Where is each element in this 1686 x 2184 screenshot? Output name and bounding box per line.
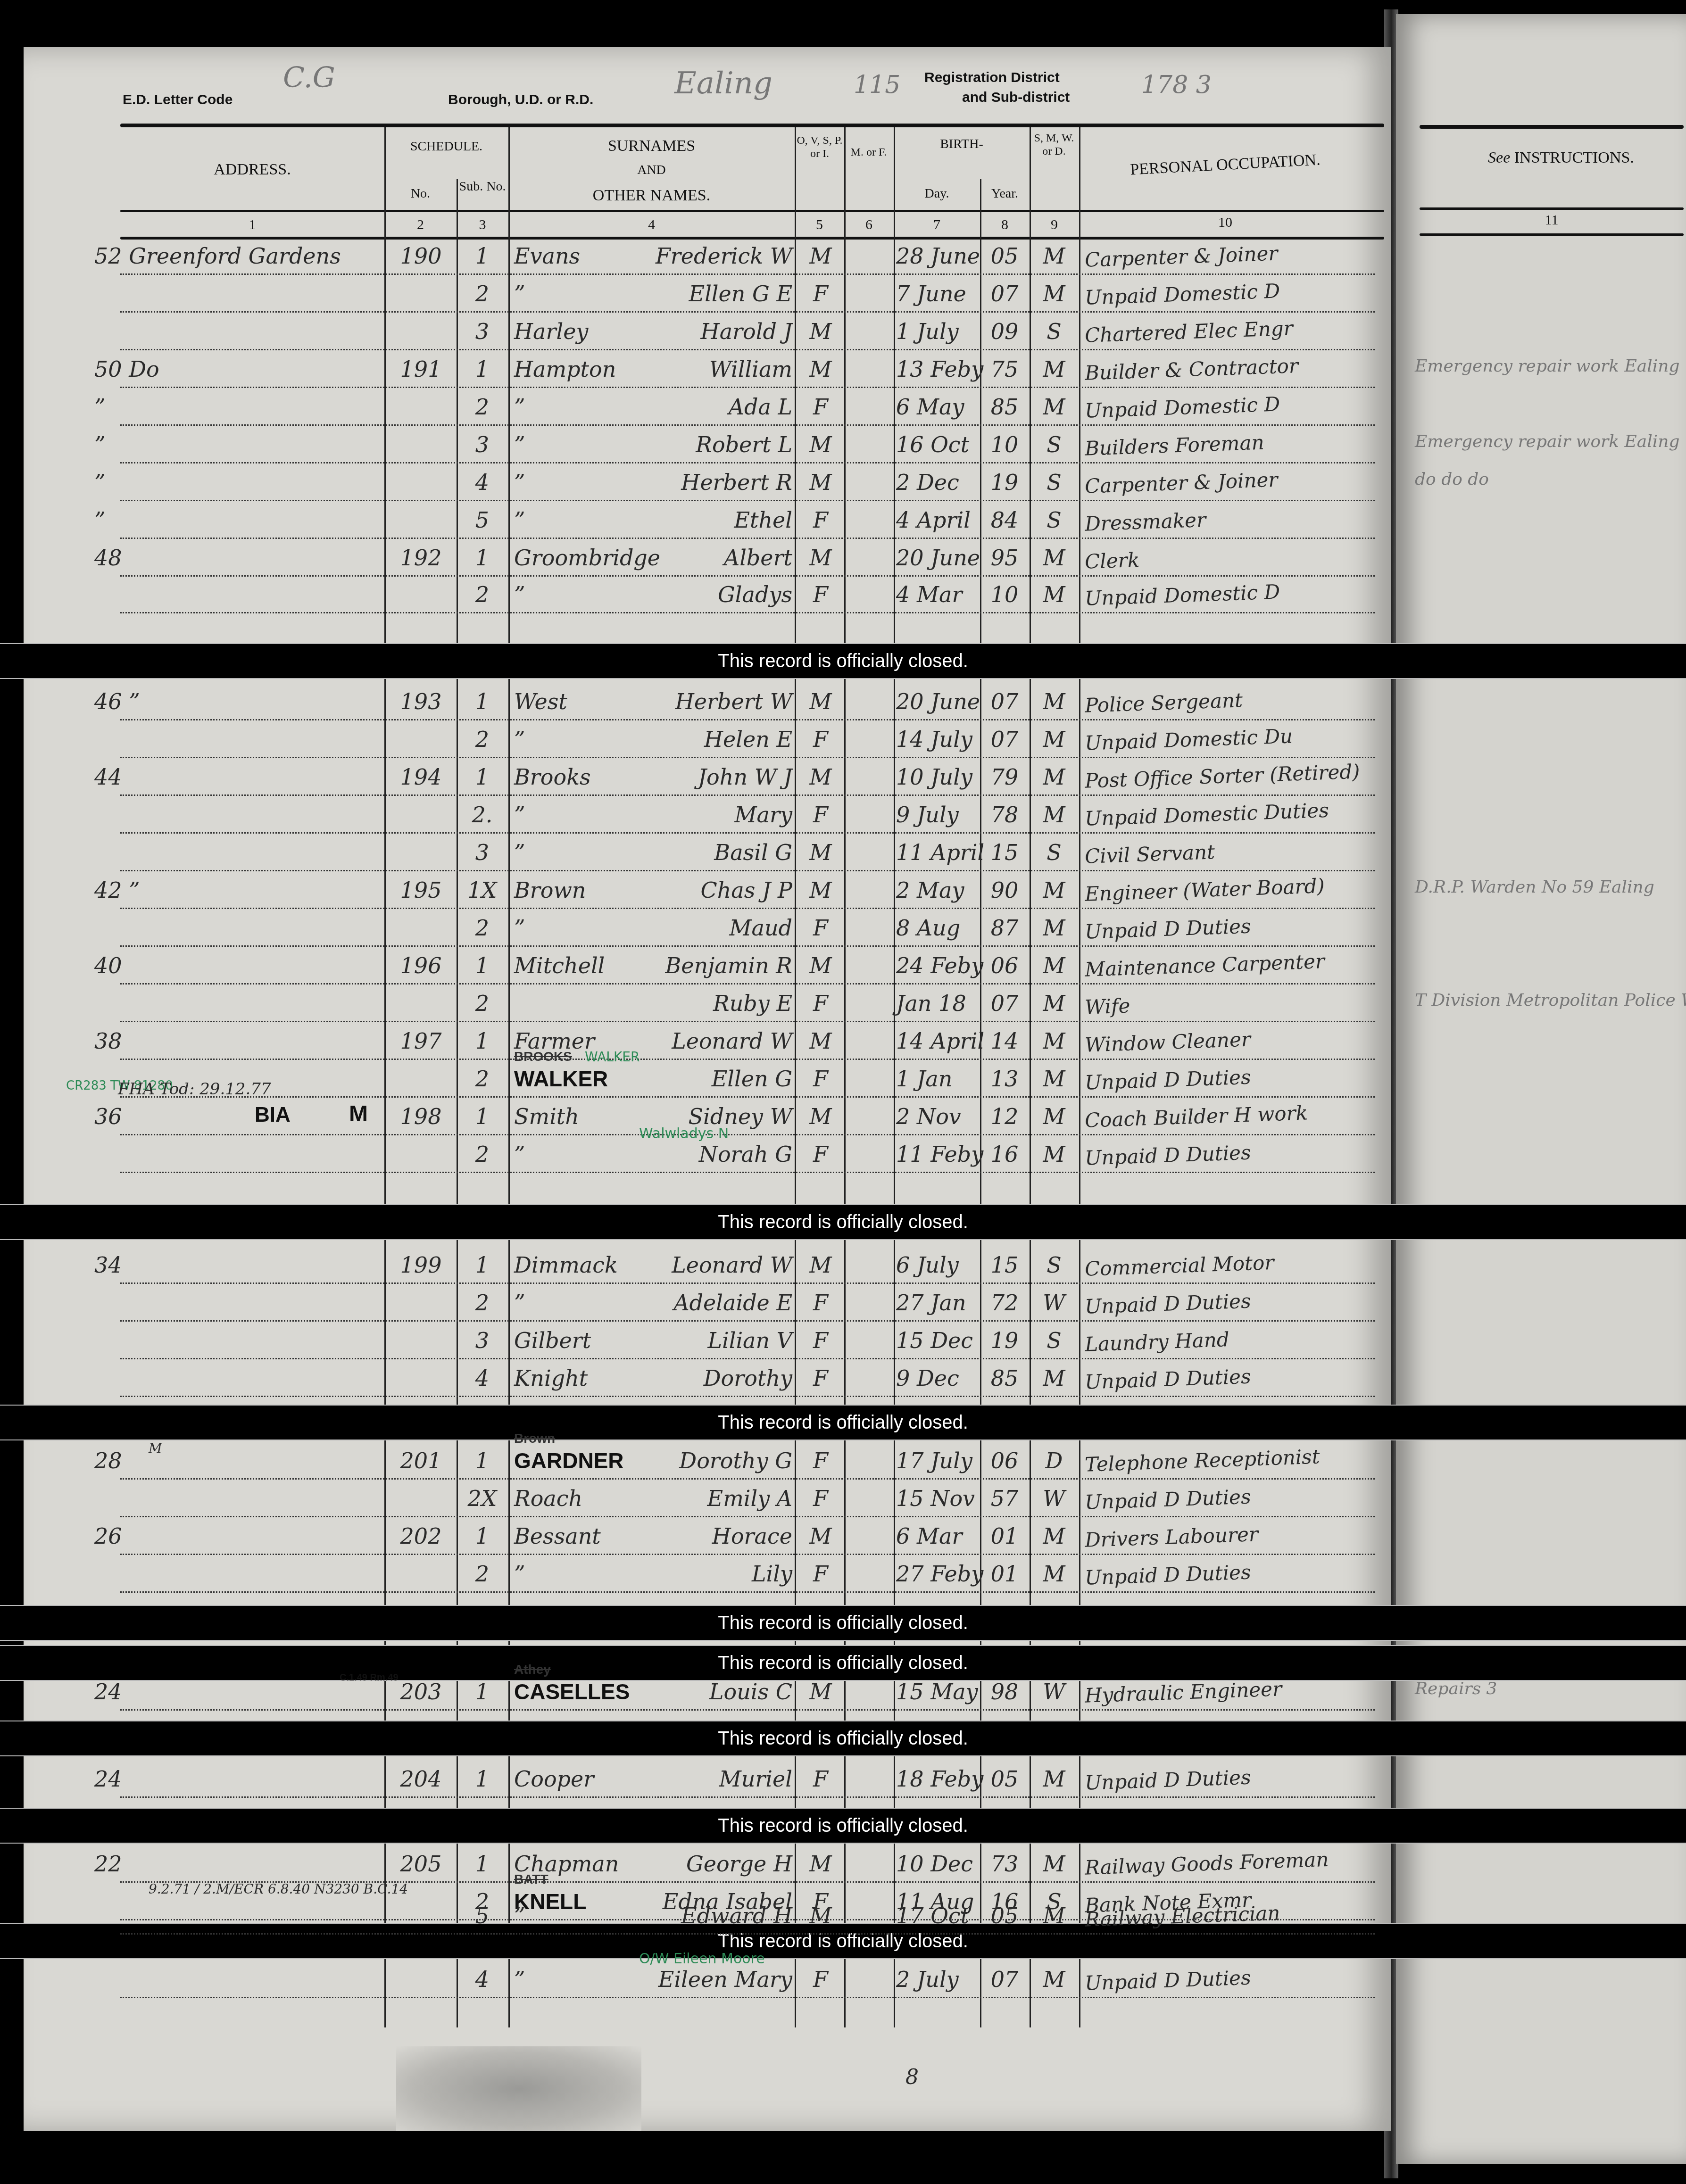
cell-sub: 2	[457, 582, 507, 607]
cell-sex: F	[797, 1561, 844, 1587]
cell-year: 19	[981, 1328, 1028, 1353]
cell-names: Chas J P	[651, 877, 792, 903]
cell-sub: 2	[457, 1066, 507, 1092]
cell-address: ”	[94, 394, 377, 420]
closed-record-banner: This record is officially closed.	[0, 1645, 1686, 1681]
cell-occupation: Window Cleaner	[1084, 1023, 1377, 1057]
right-header-bottom-rule	[1420, 233, 1684, 236]
cell-sex: M	[797, 1903, 844, 1928]
cell-day: 18 Feby	[896, 1766, 981, 1792]
cell-occupation: Unpaid D Duties	[1084, 1481, 1377, 1514]
cell-day: 2 July	[896, 1967, 981, 1992]
cell-day: 6 July	[896, 1252, 981, 1278]
cell-occupation: Civil Servant	[1084, 835, 1377, 868]
cell-names: Gladys	[651, 582, 792, 607]
cell-sex: F	[797, 1290, 844, 1315]
cell-names: Ellen G	[651, 1066, 792, 1092]
address-note: 9.2.71 / 2.M/ECR 6.8.40 N3230 B.C.14	[149, 1881, 408, 1897]
cell-day: 28 June	[896, 243, 981, 269]
cell-sub: 1	[457, 1766, 507, 1792]
closed-record-text: This record is officially closed.	[718, 1653, 968, 1674]
cell-year: 05	[981, 1903, 1028, 1928]
cell-address: 40	[94, 953, 377, 978]
cell-surname: ”	[514, 470, 665, 495]
cell-year: 07	[981, 281, 1028, 306]
cell-sub: 1	[457, 1523, 507, 1549]
cell-sex: M	[797, 243, 844, 269]
cell-address: 44	[94, 764, 377, 790]
right-header-top-rule	[1420, 125, 1684, 129]
col-number-2: 2	[384, 217, 457, 233]
cell-day: 10 July	[896, 764, 981, 790]
cell-marital: M	[1030, 1365, 1078, 1391]
cell-surname: CASELLES	[514, 1679, 665, 1704]
cell-sex: M	[797, 470, 844, 495]
cell-marital: M	[1030, 1766, 1078, 1792]
closed-record-banner: This record is officially closed.	[0, 1721, 1686, 1756]
cell-surname: ”	[514, 432, 665, 457]
register-row: 46 ”1931WestHerbert WM20 June07MPolice S…	[120, 686, 1375, 720]
col-heading-address: ADDRESS.	[120, 160, 384, 179]
cell-address: ”	[94, 507, 377, 533]
cell-day: 17 July	[896, 1448, 981, 1473]
register-row: 3HarleyHarold JM1 July09SChartered Elec …	[120, 316, 1375, 350]
cell-sub: 2	[457, 1290, 507, 1315]
cell-names: Leonard W	[651, 1252, 792, 1278]
cell-address: 36	[94, 1104, 377, 1129]
cell-sex: F	[797, 1766, 844, 1792]
cell-occupation: Railway Electrician	[1084, 1898, 1377, 1931]
cell-day: 2 Dec	[896, 470, 981, 495]
col-heading-birth-day: Day.	[894, 186, 980, 201]
cell-names: Dorothy G	[651, 1448, 792, 1473]
cell-names: Edward H	[651, 1903, 792, 1928]
cell-surname: Brown	[514, 877, 665, 903]
cell-occupation: Builder & Contractor	[1084, 351, 1377, 385]
cell-surname: ”	[514, 1903, 665, 1928]
col-number-6: 6	[844, 217, 894, 233]
struck-surname: BROOKS	[514, 1049, 572, 1064]
register-row: 52 Greenford Gardens1901EvansFrederick W…	[120, 240, 1375, 275]
cell-day: 4 April	[896, 507, 981, 533]
header-bottom-rule	[120, 237, 1384, 240]
cell-day: 17 Oct	[896, 1903, 981, 1928]
cell-col11: Emergency repair work Ealing	[1415, 432, 1679, 451]
cell-day: 4 Mar	[896, 582, 981, 607]
col-number-4: 4	[508, 217, 795, 233]
margin-note-cr: CR283 TW 81280	[66, 1080, 108, 1092]
cell-names: Louis C	[651, 1679, 792, 1704]
cell-sub: 3	[457, 432, 507, 457]
cell-marital: S	[1030, 319, 1078, 344]
cell-sub: 2	[457, 915, 507, 941]
cell-sched: 202	[387, 1523, 455, 1549]
cell-names: Mary	[651, 802, 792, 827]
cell-surname: Evans	[514, 243, 665, 269]
cell-sex: M	[797, 1679, 844, 1704]
borough-value: Ealing	[674, 66, 772, 101]
cell-day: 8 Aug	[896, 915, 981, 941]
cell-sex: F	[797, 1967, 844, 1992]
cell-names: Ruby E	[651, 991, 792, 1016]
cell-marital: S	[1030, 840, 1078, 865]
register-row: 242041CooperMurielF18 Feby05MUnpaid D Du…	[120, 1763, 1375, 1798]
cell-address: 26	[94, 1523, 377, 1549]
cell-sub: 2	[457, 1561, 507, 1587]
cell-sex: M	[797, 1523, 844, 1549]
register-row: 2”MaudF8 Aug87MUnpaid D Duties	[120, 912, 1375, 947]
cell-names: Maud	[651, 915, 792, 941]
cell-sched: 196	[387, 953, 455, 978]
cell-occupation: Unpaid Domestic D	[1084, 276, 1377, 309]
cell-marital: M	[1030, 1967, 1078, 1992]
ed-letter-code-value: C.G	[283, 61, 335, 94]
register-row: 401961MitchellBenjamin RM24 Feby06MMaint…	[120, 950, 1375, 984]
cell-year: 95	[981, 545, 1028, 571]
cell-sex: M	[797, 545, 844, 571]
cell-sex: F	[797, 1328, 844, 1353]
cell-year: 87	[981, 915, 1028, 941]
cell-sex: M	[797, 1851, 844, 1877]
cell-day: 13 Feby	[896, 356, 981, 382]
register-row: ”3”Robert LM16 Oct10SBuilders ForemanEme…	[120, 429, 1375, 463]
cell-marital: W	[1030, 1486, 1078, 1511]
ed-letter-code-label: E.D. Letter Code	[123, 92, 233, 108]
cell-year: 06	[981, 1448, 1028, 1473]
register-row: 4”Eileen MaryF2 July07MUnpaid D DutiesO/…	[120, 1964, 1375, 1998]
cell-year: 01	[981, 1523, 1028, 1549]
cell-sex: F	[797, 582, 844, 607]
register-row: 2”Helen EF14 July07MUnpaid Domestic Du	[120, 724, 1375, 758]
cell-sched: 201	[387, 1448, 455, 1473]
cell-occupation: Coach Builder H work	[1084, 1099, 1377, 1132]
register-row: ”5”EthelF4 April84SDressmaker	[120, 505, 1375, 539]
cell-address: 24	[94, 1679, 377, 1704]
cell-marital: M	[1030, 1066, 1078, 1092]
cell-sub: 4	[457, 1365, 507, 1391]
cell-occupation: Laundry Hand	[1084, 1323, 1377, 1356]
cell-sub: 1	[457, 1679, 507, 1704]
register-row: 2”Adelaide EF27 Jan72WUnpaid D Duties	[120, 1287, 1375, 1322]
cell-day: 1 July	[896, 319, 981, 344]
col-number-11: 11	[1420, 212, 1684, 228]
header-mid-rule	[120, 210, 1384, 212]
struck-surname: BATT	[514, 1872, 548, 1887]
cell-day: 10 Dec	[896, 1851, 981, 1877]
cell-year: 07	[981, 727, 1028, 752]
cell-surname: ”	[514, 1967, 665, 1992]
cell-surname: ”	[514, 1142, 665, 1167]
cell-col11: do do do	[1415, 470, 1679, 489]
cell-names: Adelaide E	[651, 1290, 792, 1315]
cell-marital: M	[1030, 802, 1078, 827]
cell-surname: ”	[514, 1561, 665, 1587]
names-annotation-green: O/W Eileen Moore	[639, 1951, 765, 1967]
surname-correction-green: WALKER	[585, 1049, 640, 1065]
cell-sub: 1	[457, 953, 507, 978]
closed-record-banner: This record is officially closed.	[0, 1405, 1686, 1440]
register-row: ”2”Ada LF6 May85MUnpaid Domestic D	[120, 391, 1375, 426]
cell-occupation: Unpaid D Duties	[1084, 1961, 1377, 1995]
closed-record-text: This record is officially closed.	[718, 651, 968, 672]
col-heading-schedule: SCHEDULE.	[384, 139, 508, 154]
borough-label: Borough, U.D. or R.D.	[448, 92, 593, 108]
register-row: 2Ruby EFJan 1807MWifeT Division Metropol…	[120, 988, 1375, 1022]
cell-sub: 3	[457, 319, 507, 344]
cell-day: 14 April	[896, 1028, 981, 1054]
cell-day: 14 July	[896, 727, 981, 752]
cell-sub: 1X	[457, 877, 507, 903]
cell-surname: ”	[514, 915, 665, 941]
col-heading-birth: BIRTH-	[894, 137, 1030, 152]
cell-year: 85	[981, 1365, 1028, 1391]
cell-sex: M	[797, 1104, 844, 1129]
register-row: 5”Edward HM17 Oct05MRailway Electrician	[120, 1900, 1375, 1935]
cell-sched: 199	[387, 1252, 455, 1278]
cell-year: 07	[981, 689, 1028, 714]
cell-sub: 1	[457, 1104, 507, 1129]
register-row: 341991DimmackLeonard WM6 July15SCommerci…	[120, 1249, 1375, 1284]
cell-year: 07	[981, 1967, 1028, 1992]
cell-day: 15 Nov	[896, 1486, 981, 1511]
page-footer-mark: 8	[905, 2065, 919, 2089]
cell-day: 27 Jan	[896, 1290, 981, 1315]
cell-occupation: Unpaid D Duties	[1084, 1285, 1377, 1318]
cell-occupation: Unpaid D Duties	[1084, 1761, 1377, 1795]
cell-sched: 192	[387, 545, 455, 571]
cell-address: 22	[94, 1851, 377, 1877]
cell-surname: WALKER	[514, 1066, 665, 1092]
cell-sub: 1	[457, 356, 507, 382]
cell-surname: Harley	[514, 319, 665, 344]
cell-address: ”	[94, 470, 377, 495]
cell-sub: 2.	[457, 802, 507, 827]
cell-marital: M	[1030, 991, 1078, 1016]
cell-sex: M	[797, 689, 844, 714]
cell-day: 15 May	[896, 1679, 981, 1704]
cell-marital: W	[1030, 1290, 1078, 1315]
cell-surname: Knight	[514, 1365, 665, 1391]
cell-surname: Dimmack	[514, 1252, 665, 1278]
cell-surname: Cooper	[514, 1766, 665, 1792]
cell-sex: F	[797, 1486, 844, 1511]
col-heading-sex: M. or F.	[845, 146, 892, 159]
cell-day: 9 July	[896, 802, 981, 827]
cell-day: 6 Mar	[896, 1523, 981, 1549]
cell-sex: F	[797, 394, 844, 420]
cell-occupation: Chartered Elec Engr	[1084, 314, 1377, 347]
cell-marital: M	[1030, 1142, 1078, 1167]
cell-year: 09	[981, 319, 1028, 344]
cell-year: 13	[981, 1066, 1028, 1092]
closed-record-banner: This record is officially closed.	[0, 1605, 1686, 1641]
cell-surname: ”	[514, 582, 665, 607]
cell-day: 27 Feby	[896, 1561, 981, 1587]
cell-sub: 2	[457, 1142, 507, 1167]
margin-note-fha: FHA Tod: 29.12.77	[118, 1080, 271, 1099]
cell-col11: D.R.P. Warden No 59 Ealing	[1415, 877, 1679, 897]
cell-marital: S	[1030, 432, 1078, 457]
cell-sched: 197	[387, 1028, 455, 1054]
cell-address: 48	[94, 545, 377, 571]
margin-note-m: M	[349, 1101, 368, 1127]
register-row: 2XRoachEmily AF15 Nov57WUnpaid D Duties	[120, 1483, 1375, 1517]
cell-marital: M	[1030, 953, 1078, 978]
cell-occupation: Unpaid D Duties	[1084, 1061, 1377, 1094]
schedule-note: C.1.49 Rm.49	[340, 1672, 382, 1683]
cell-sex: M	[797, 1028, 844, 1054]
cell-surname: ”	[514, 507, 665, 533]
cell-surname: Roach	[514, 1486, 665, 1511]
cell-surname: GARDNER	[514, 1448, 665, 1473]
cell-sched: 195	[387, 877, 455, 903]
cell-occupation: Builders Foreman	[1084, 427, 1377, 460]
cell-address: 50 Do	[94, 356, 377, 382]
cell-sex: F	[797, 1066, 844, 1092]
cell-occupation: Hydraulic Engineer	[1084, 1674, 1377, 1707]
address-note: M	[149, 1440, 162, 1456]
closed-record-text: This record is officially closed.	[718, 1815, 968, 1837]
cell-year: 12	[981, 1104, 1028, 1129]
cell-col11: T Division Metropolitan Police War R	[1415, 991, 1679, 1010]
cell-names: Benjamin R	[651, 953, 792, 978]
cell-sub: 5	[457, 1903, 507, 1928]
cell-occupation: Unpaid D Duties	[1084, 1360, 1377, 1394]
cell-surname: ”	[514, 394, 665, 420]
cell-sex: F	[797, 802, 844, 827]
cell-marital: M	[1030, 281, 1078, 306]
cell-sex: F	[797, 507, 844, 533]
closed-record-banner: This record is officially closed.	[0, 1808, 1686, 1844]
cell-names: Ellen G E	[651, 281, 792, 306]
cell-year: 14	[981, 1028, 1028, 1054]
cell-year: 85	[981, 394, 1028, 420]
cell-address: 28	[94, 1448, 377, 1473]
cell-sub: 1	[457, 1448, 507, 1473]
cell-sex: F	[797, 281, 844, 306]
register-row: 3”Basil GM11 April15SCivil Servant	[120, 837, 1375, 871]
cell-names: Harold J	[651, 319, 792, 344]
cell-year: 19	[981, 470, 1028, 495]
cell-year: 78	[981, 802, 1028, 827]
cell-sex: M	[797, 953, 844, 978]
cell-occupation: Unpaid D Duties	[1084, 1556, 1377, 1589]
register-row: 481921GroombridgeAlbertM20 June95MClerk	[120, 542, 1375, 577]
col-heading-schedule-sub-no: Sub. No.	[457, 179, 508, 194]
closed-record-banner: This record is officially closed.	[0, 643, 1686, 679]
cell-year: 01	[981, 1561, 1028, 1587]
cell-marital: M	[1030, 1851, 1078, 1877]
cell-surname: Gilbert	[514, 1328, 665, 1353]
register-row: 50 Do1911HamptonWilliamM13 Feby75MBuilde…	[120, 354, 1375, 388]
cell-marital: M	[1030, 243, 1078, 269]
register-row: ”4”Herbert RM2 Dec19SCarpenter & Joinerd…	[120, 467, 1375, 501]
cell-marital: M	[1030, 877, 1078, 903]
col-heading-birth-year: Year.	[980, 186, 1030, 201]
cell-year: 15	[981, 1252, 1028, 1278]
cell-names: Robert L	[651, 432, 792, 457]
cell-sub: 3	[457, 840, 507, 865]
cell-sex: F	[797, 915, 844, 941]
cell-surname: ”	[514, 802, 665, 827]
closed-record-text: This record is officially closed.	[718, 1728, 968, 1749]
cell-year: 06	[981, 953, 1028, 978]
cell-sex: M	[797, 356, 844, 382]
cell-year: 73	[981, 1851, 1028, 1877]
cell-year: 15	[981, 840, 1028, 865]
register-row: 3GilbertLilian VF15 Dec19SLaundry Hand	[120, 1325, 1375, 1359]
cell-occupation: Carpenter & Joiner	[1084, 238, 1377, 272]
cell-marital: M	[1030, 1903, 1078, 1928]
cell-day: 11 April	[896, 840, 981, 865]
cell-names: Horace	[651, 1523, 792, 1549]
cell-names: Muriel	[651, 1766, 792, 1792]
right-header-mid-rule	[1420, 207, 1684, 210]
cell-names: Dorothy	[651, 1365, 792, 1391]
cell-sub: 2	[457, 991, 507, 1016]
cell-sex: M	[797, 319, 844, 344]
cell-marital: M	[1030, 1561, 1078, 1587]
register-row: 381971FarmerLeonard WM14 April14MWindow …	[120, 1026, 1375, 1060]
cell-sub: 1	[457, 1028, 507, 1054]
cell-names: Lilian V	[651, 1328, 792, 1353]
cell-sub: 2	[457, 281, 507, 306]
register-row: 222051ChapmanGeorge HM10 Dec73MRailway G…	[120, 1848, 1375, 1883]
instructions-label: INSTRUCTIONS.	[1514, 149, 1634, 166]
cell-col11: Repairs 3	[1415, 1679, 1679, 1698]
cell-occupation: Railway Goods Foreman	[1084, 1846, 1377, 1879]
cell-address: 34	[94, 1252, 377, 1278]
cell-surname: West	[514, 689, 665, 714]
cell-sex: F	[797, 1142, 844, 1167]
cell-address: ”	[94, 432, 377, 457]
cell-year: 90	[981, 877, 1028, 903]
cell-names: Herbert R	[651, 470, 792, 495]
cell-sub: 4	[457, 1967, 507, 1992]
cell-surname: Mitchell	[514, 953, 665, 978]
cell-marital: M	[1030, 727, 1078, 752]
col-heading-and: AND	[508, 163, 795, 178]
col-heading-surnames: SURNAMES	[508, 137, 795, 155]
cell-day: 6 May	[896, 394, 981, 420]
cell-sex: M	[797, 764, 844, 790]
closed-record-text: This record is officially closed.	[718, 1212, 968, 1233]
cell-names: Leonard W	[651, 1028, 792, 1054]
cell-surname: Hampton	[514, 356, 665, 382]
col-heading-schedule-no: No.	[384, 186, 457, 201]
cell-occupation: Dressmaker	[1084, 502, 1377, 536]
margin-note-bia: BIA	[255, 1103, 291, 1127]
cell-sub: 3	[457, 1328, 507, 1353]
cell-marital: S	[1030, 1252, 1078, 1278]
closed-record-text: This record is officially closed.	[718, 1613, 968, 1634]
cell-address: 38	[94, 1028, 377, 1054]
cell-marital: M	[1030, 582, 1078, 607]
cell-names: Herbert W	[651, 689, 792, 714]
names-annotation-green: Walwladys N	[639, 1125, 729, 1142]
cell-address: 42 ”	[94, 877, 377, 903]
cell-sub: 1	[457, 243, 507, 269]
cell-year: 72	[981, 1290, 1028, 1315]
struck-surname: Brown	[514, 1431, 555, 1446]
cell-occupation: Unpaid Domestic Duties	[1084, 797, 1377, 830]
register-row: 2”Norah GF11 Feby16MUnpaid D DutiesWalwl…	[120, 1139, 1375, 1173]
cell-day: 2 May	[896, 877, 981, 903]
cell-sched: 190	[387, 243, 455, 269]
cell-surname: ”	[514, 281, 665, 306]
cell-names: Eileen Mary	[651, 1967, 792, 1992]
register-row: 262021BessantHoraceM6 Mar01MDrivers Labo…	[120, 1521, 1375, 1555]
